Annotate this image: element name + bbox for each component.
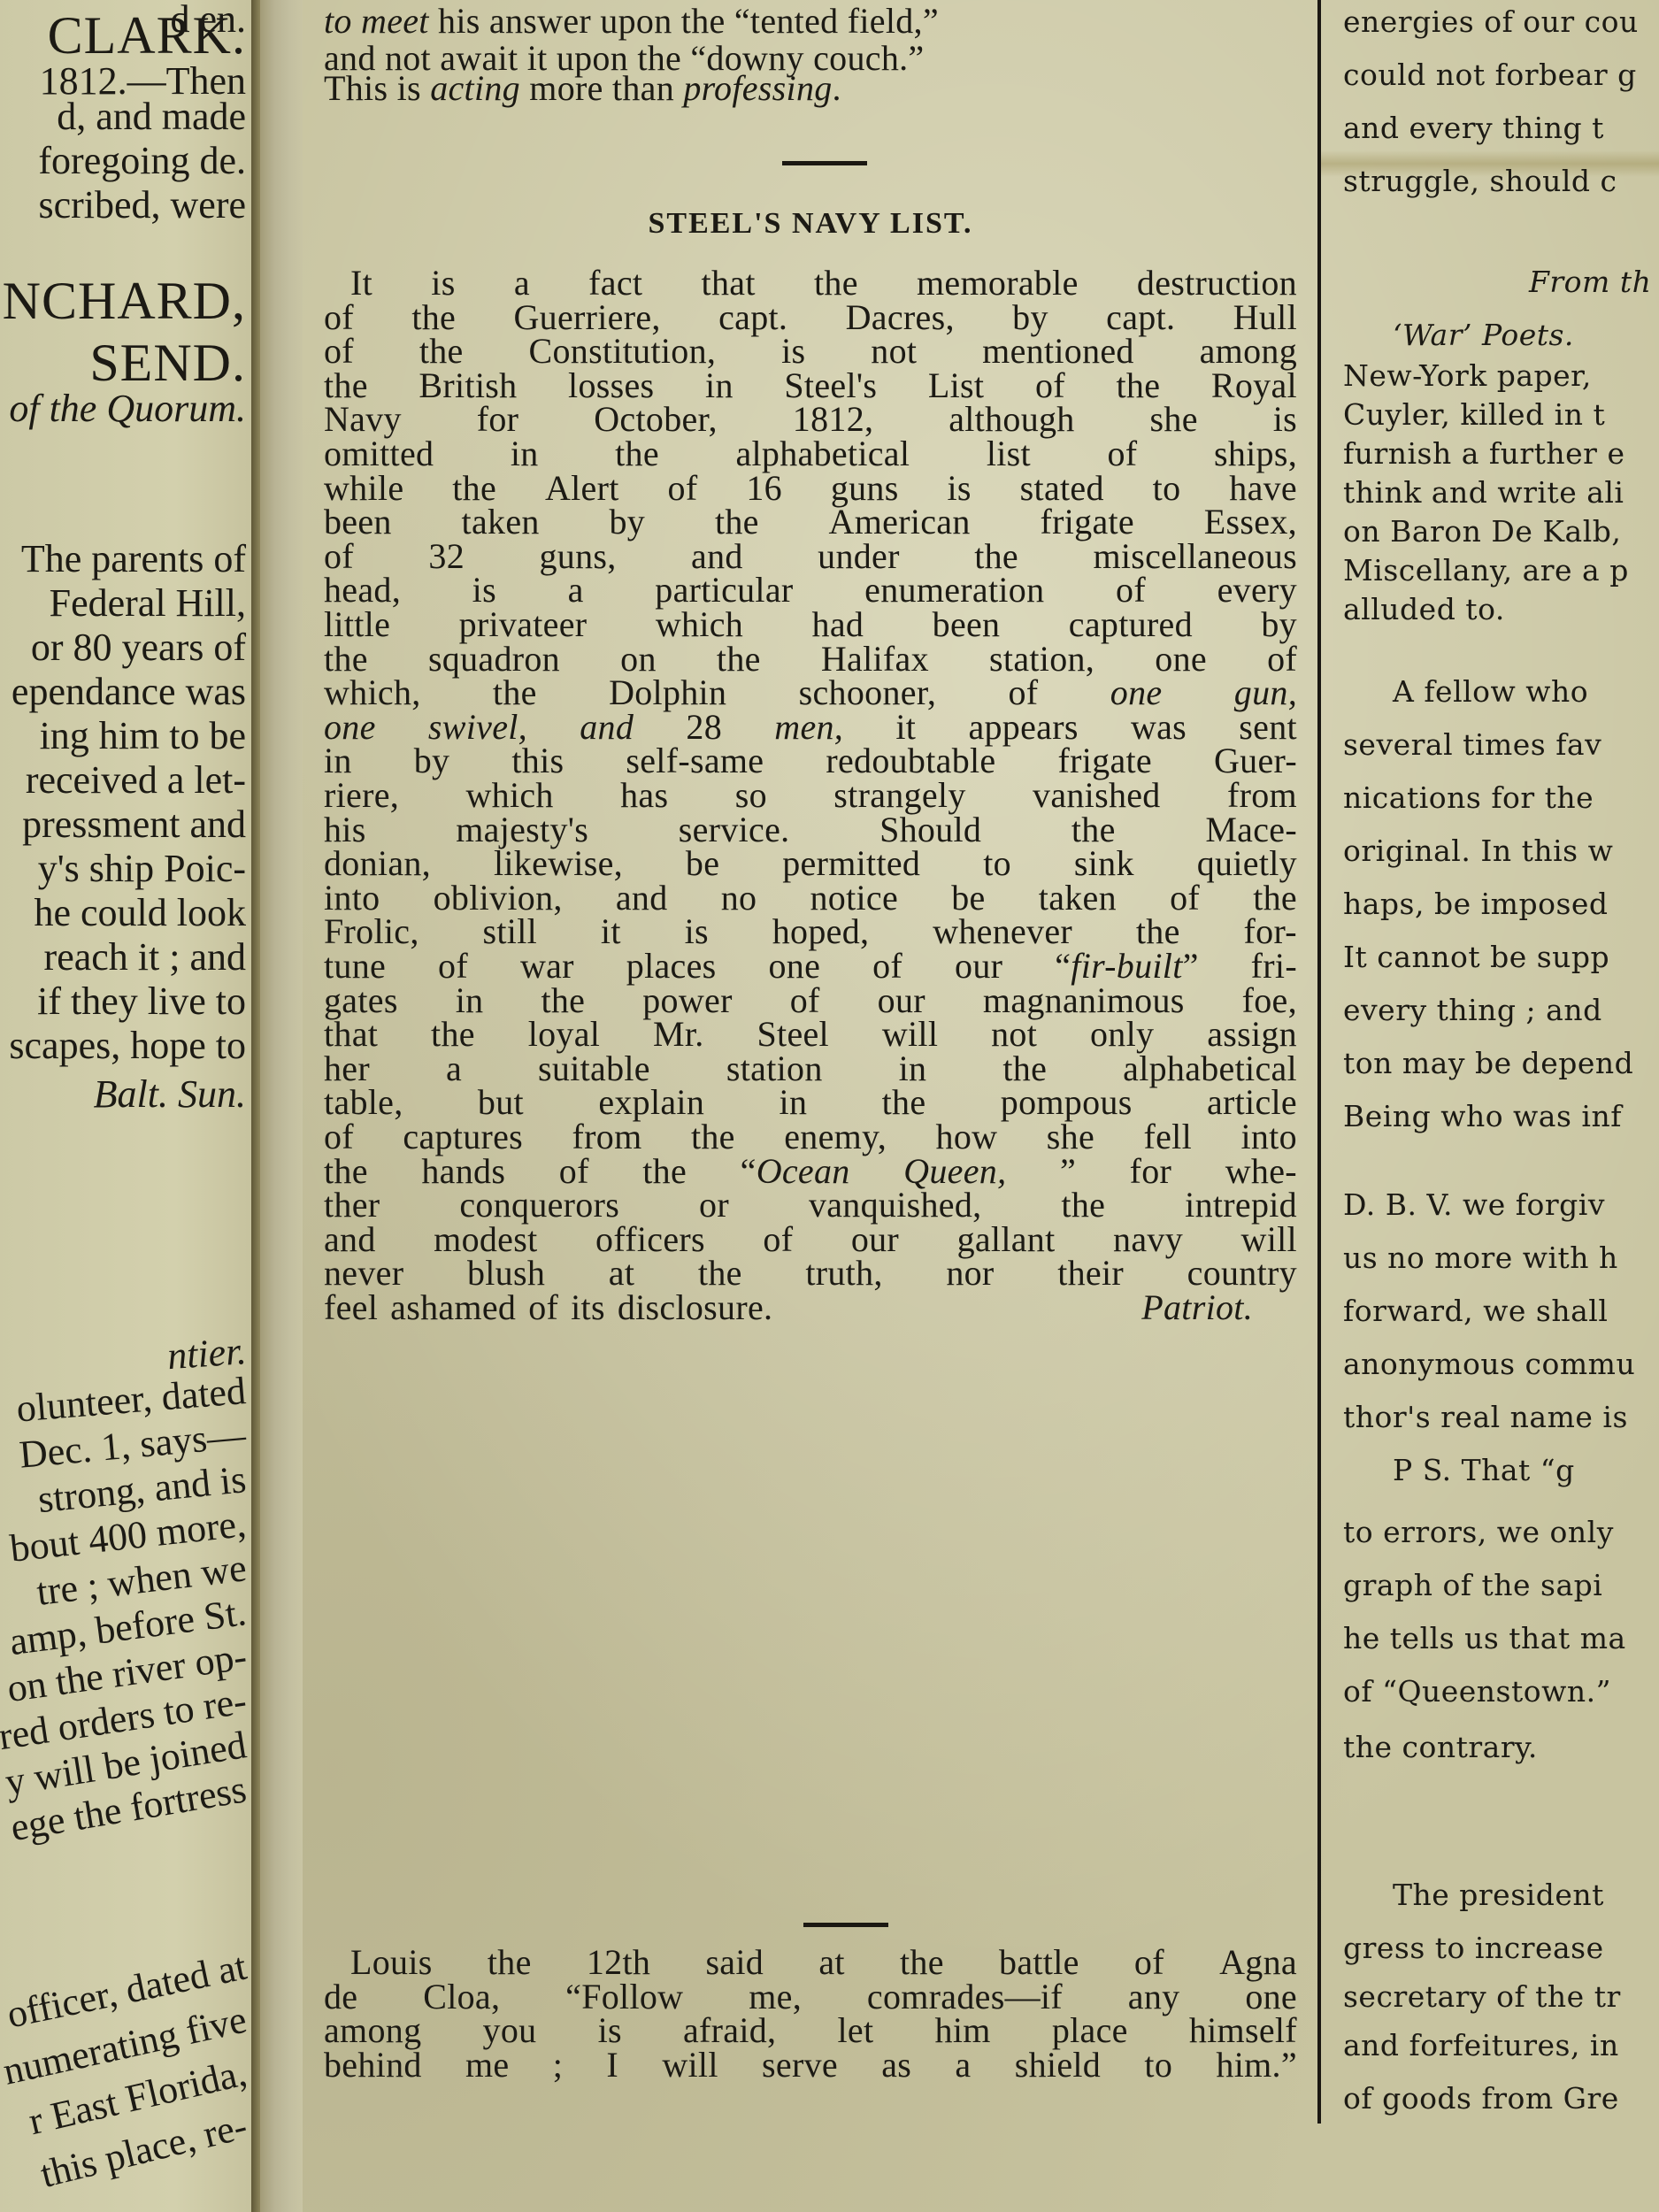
- left-column-line: foregoing de.: [38, 142, 246, 180]
- left-column-line: pressment and: [22, 805, 246, 844]
- left-column-line: ependance was: [12, 672, 246, 711]
- left-column-line: SEND.: [89, 336, 246, 389]
- right-column-line: gress to increase: [1343, 1933, 1604, 1962]
- article-line: littleprivateerwhichhadbeencapturedby: [324, 607, 1297, 642]
- left-column-line: reach it ; and: [44, 938, 246, 977]
- left-column-line: NCHARD,: [3, 274, 246, 327]
- article-line: feelashamedofitsdisclosure.Patriot.: [324, 1290, 1297, 1325]
- right-column-line: alluded to.: [1343, 595, 1505, 624]
- right-column-line: could not forbear g: [1343, 60, 1637, 89]
- left-column-line: The parents of: [21, 540, 246, 579]
- right-column-line: of goods from Gre: [1343, 2084, 1619, 2113]
- article-line: omittedinthealphabeticallistofships,: [324, 436, 1297, 472]
- left-column-line: he could look: [34, 894, 246, 933]
- right-column-line: nications for the: [1343, 783, 1594, 812]
- section-rule: [803, 1923, 888, 1927]
- right-column-line: us no more with h: [1343, 1243, 1618, 1272]
- left-column-line: of the Quorum.: [9, 389, 246, 428]
- left-column-line: Federal Hill,: [50, 584, 246, 623]
- left-column-line: CLARK.: [48, 9, 246, 62]
- column-divider: [1317, 0, 1321, 2124]
- left-column-line: received a let-: [26, 761, 246, 800]
- right-column-line: anonymous commu: [1343, 1349, 1635, 1379]
- article-line: riere,whichhassostrangelyvanishedfrom: [324, 778, 1297, 813]
- center-column: to meet his answer upon the “tented fiel…: [324, 0, 1308, 2212]
- article-attribution: Patriot.: [1141, 1290, 1253, 1325]
- anecdote-line: amongyouisafraid,lethimplacehimself: [324, 2013, 1297, 2048]
- right-column: energies of our coucould not forbear gan…: [1343, 0, 1659, 2212]
- article-line: andmodestofficersofourgallantnavywill: [324, 1222, 1297, 1257]
- left-column-line: scribed, were: [38, 186, 246, 225]
- right-column-line: the contrary.: [1343, 1732, 1538, 1762]
- article-line: neverblushatthetruth,northeircountry: [324, 1256, 1297, 1291]
- anecdote-line: behindme;Iwillserveasashieldtohim.”: [324, 2047, 1297, 2083]
- right-column-line: A fellow who: [1393, 677, 1588, 706]
- article-line: donian,likewise,bepermittedtosinkquietly: [324, 846, 1297, 881]
- article-line: theBritishlossesinSteel'sListoftheRoyal: [324, 368, 1297, 403]
- right-column-line: It cannot be supp: [1343, 942, 1609, 972]
- article-line: oftheConstitution,isnotmentionedamong: [324, 334, 1297, 369]
- right-column-line: furnish a further e: [1343, 439, 1624, 468]
- right-column-line: secretary of the tr: [1343, 1982, 1621, 2011]
- right-column-line: Cuyler, killed in t: [1343, 400, 1605, 429]
- article-line: ofcapturesfromtheenemy,howshefellinto: [324, 1119, 1297, 1155]
- article-line: which,theDolphinschooner,ofonegun,: [324, 675, 1297, 710]
- right-column-line: ‘War’ Poets.: [1393, 320, 1574, 349]
- intro-line: This is acting more than professing.: [324, 71, 1297, 106]
- right-column-line: to errors, we only: [1343, 1517, 1614, 1547]
- right-column-line: The president: [1393, 1880, 1604, 1909]
- article-line: whiletheAlertof16gunsisstatedtohave: [324, 471, 1297, 506]
- right-column-line: energies of our cou: [1343, 7, 1639, 36]
- article-line: hismajesty'sservice.ShouldtheMace-: [324, 812, 1297, 848]
- left-column-line: d, and made: [57, 97, 246, 136]
- article-line: intooblivion,andnonoticebetakenofthe: [324, 880, 1297, 916]
- right-column-line: original. In this w: [1343, 836, 1613, 865]
- intro-line: to meet his answer upon the “tented fiel…: [324, 4, 1297, 39]
- article-line: NavyforOctober,1812,althoughsheis: [324, 402, 1297, 437]
- left-column-line: y's ship Poic-: [38, 849, 246, 888]
- right-column-line: New-York paper,: [1343, 361, 1592, 390]
- right-column-line: think and write ali: [1343, 478, 1624, 507]
- article-line: oftheGuerriere,capt.Dacres,bycapt.Hull: [324, 300, 1297, 335]
- article-line: beentakenbytheAmericanfrigateEssex,: [324, 504, 1297, 540]
- article-line: head,isaparticularenumerationofevery: [324, 572, 1297, 608]
- article-line: Frolic,stillitishoped,wheneverthefor-: [324, 914, 1297, 949]
- left-column-line: Balt. Sun.: [94, 1075, 246, 1114]
- right-column-line: he tells us that ma: [1343, 1624, 1626, 1653]
- right-column-line: P S. That “g: [1393, 1455, 1575, 1485]
- article-line: oneswivel,and28men,itappearswassent: [324, 710, 1297, 745]
- right-column-line: thor's real name is: [1343, 1402, 1628, 1432]
- article-line: table,butexplaininthepompousarticle: [324, 1085, 1297, 1120]
- left-column-line: ing him to be: [40, 717, 246, 756]
- anecdote-line: deCloa,“Followme,comrades—ifanyone: [324, 1979, 1297, 2015]
- right-column-line: on Baron De Kalb,: [1343, 517, 1621, 546]
- section-rule: [782, 161, 867, 165]
- right-column-line: haps, be imposed: [1343, 889, 1609, 918]
- anecdote-line: Louisthe12thsaidatthebattleofAgna: [324, 1945, 1297, 1980]
- left-column: d en.CLARK.1812.—Thend, and madeforegoin…: [0, 0, 253, 2212]
- article-line: gatesinthepowerofourmagnanimousfoe,: [324, 983, 1297, 1018]
- article-line: thesquadronontheHalifaxstation,oneof: [324, 641, 1297, 677]
- article-line: of32guns,andunderthemiscellaneous: [324, 539, 1297, 574]
- left-column-line: scapes, hope to: [9, 1026, 246, 1065]
- right-column-line: D. B. V. we forgiv: [1343, 1190, 1605, 1219]
- article-line: thattheloyalMr.Steelwillnotonlyassign: [324, 1017, 1297, 1052]
- article-line: tuneofwarplacesoneofour“fir-built”fri-: [324, 949, 1297, 984]
- article-line: inbythisself-sameredoubtablefrigateGuer-: [324, 743, 1297, 779]
- right-column-line: graph of the sapi: [1343, 1571, 1602, 1600]
- right-column-line: ton may be depend: [1343, 1048, 1633, 1078]
- left-column-line: if they live to: [37, 982, 246, 1021]
- article-headline: STEEL'S NAVY LIST.: [324, 207, 1297, 241]
- article-line: herasuitablestationinthealphabetical: [324, 1051, 1297, 1087]
- right-column-line: From th: [1529, 267, 1651, 296]
- right-column-line: forward, we shall: [1343, 1296, 1608, 1325]
- article-line: thehandsofthe“OceanQueen,”forwhe-: [324, 1154, 1297, 1189]
- right-column-line: and every thing t: [1343, 113, 1604, 142]
- article-line: therconquerorsorvanquished,theintrepid: [324, 1187, 1297, 1223]
- right-column-line: several times fav: [1343, 730, 1601, 759]
- right-column-line: every thing ; and: [1343, 995, 1602, 1025]
- left-column-line: or 80 years of: [31, 628, 246, 667]
- right-column-line: and forfeitures, in: [1343, 2031, 1619, 2060]
- article-line: Itisafactthatthememorabledestruction: [324, 265, 1297, 301]
- right-column-line: of “Queenstown.”: [1343, 1677, 1611, 1706]
- right-column-line: Miscellany, are a p: [1343, 556, 1629, 585]
- gutter-shadow: [251, 0, 260, 2212]
- right-column-line: Being who was inf: [1343, 1102, 1622, 1131]
- right-column-line: struggle, should c: [1343, 166, 1617, 196]
